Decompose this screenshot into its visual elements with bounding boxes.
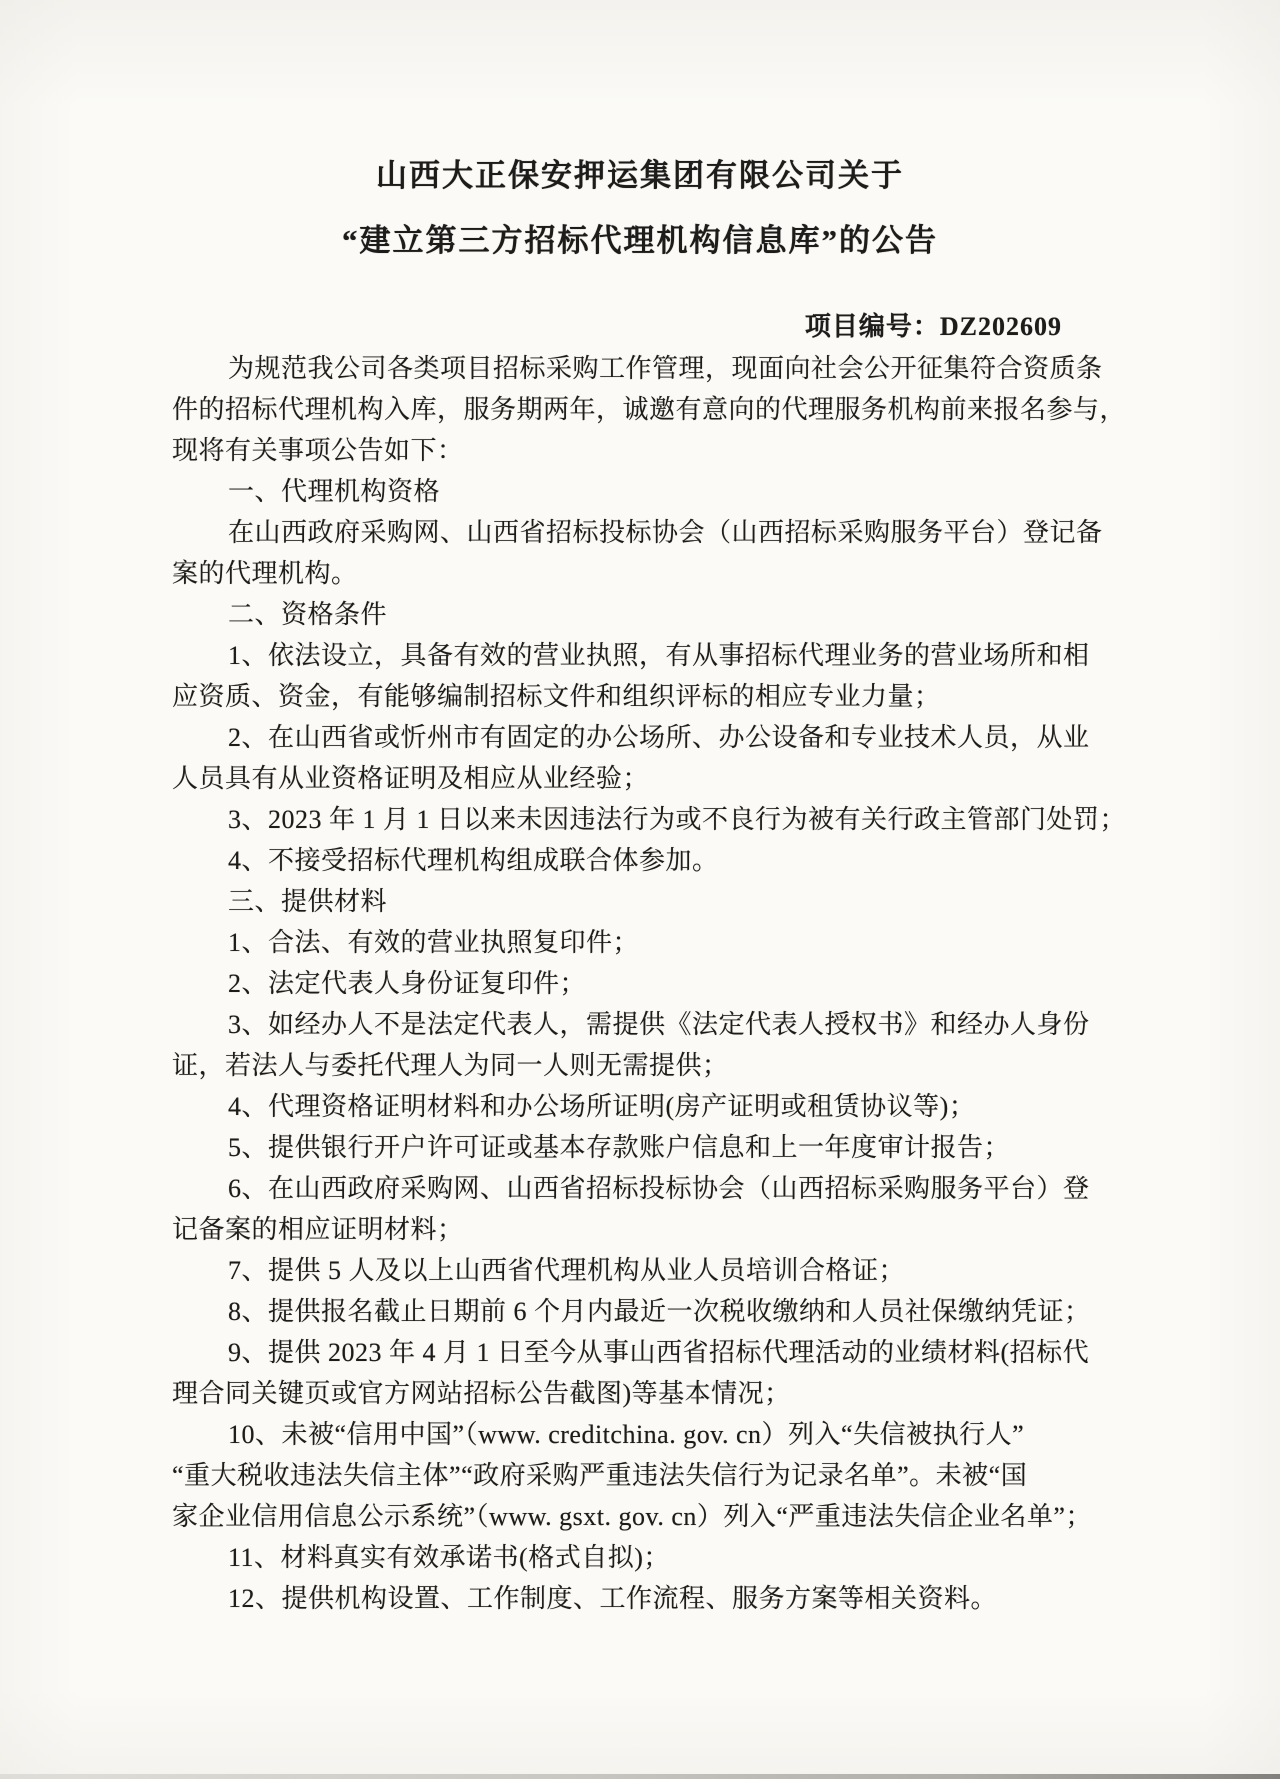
text-line: 9、提供 2023 年 4 月 1 日至今从事山西省招标代理活动的业绩材料(招标… bbox=[172, 1332, 1124, 1373]
text-line: 在山西政府采购网、山西省招标投标协会（山西招标采购服务平台）登记备 bbox=[172, 512, 1124, 553]
text-line: 3、2023 年 1 月 1 日以来未因违法行为或不良行为被有关行政主管部门处罚… bbox=[172, 799, 1124, 840]
section-heading: 二、资格条件 bbox=[172, 594, 1124, 635]
section-heading: 一、代理机构资格 bbox=[172, 471, 1124, 512]
text-line: 2、法定代表人身份证复印件； bbox=[172, 963, 1124, 1004]
document-title-line2: “建立第三方招标代理机构信息库”的公告 bbox=[0, 215, 1280, 260]
project-number: 项目编号：DZ202609 bbox=[805, 306, 1062, 343]
text-line: 8、提供报名截止日期前 6 个月内最近一次税收缴纳和人员社保缴纳凭证； bbox=[172, 1291, 1124, 1332]
text-line: 为规范我公司各类项目招标采购工作管理，现面向社会公开征集符合资质条 bbox=[172, 348, 1124, 389]
text-line: 10、未被“信用中国”（www. creditchina. gov. cn）列入… bbox=[172, 1414, 1124, 1455]
text-line: 4、代理资格证明材料和办公场所证明(房产证明或租赁协议等)； bbox=[172, 1086, 1124, 1127]
text-line: 理合同关键页或官方网站招标公告截图)等基本情况； bbox=[172, 1373, 1124, 1414]
text-line: 5、提供银行开户许可证或基本存款账户信息和上一年度审计报告； bbox=[172, 1127, 1124, 1168]
text-line: 人员具有从业资格证明及相应从业经验； bbox=[172, 758, 1124, 799]
text-line: 4、不接受招标代理机构组成联合体参加。 bbox=[172, 840, 1124, 881]
text-line: 现将有关事项公告如下： bbox=[172, 430, 1124, 471]
text-line: 证，若法人与委托代理人为同一人则无需提供； bbox=[172, 1045, 1124, 1086]
text-line: 件的招标代理机构入库，服务期两年，诚邀有意向的代理服务机构前来报名参与， bbox=[172, 389, 1124, 430]
scan-bottom-edge bbox=[0, 1774, 1280, 1779]
text-line: 3、如经办人不是法定代表人，需提供《法定代表人授权书》和经办人身份 bbox=[172, 1004, 1124, 1045]
document-page: 山西大正保安押运集团有限公司关于 “建立第三方招标代理机构信息库”的公告 项目编… bbox=[0, 0, 1280, 1779]
section-heading: 三、提供材料 bbox=[172, 881, 1124, 922]
text-line: 12、提供机构设置、工作制度、工作流程、服务方案等相关资料。 bbox=[172, 1578, 1124, 1619]
text-line: 家企业信用信息公示系统”（www. gsxt. gov. cn）列入“严重违法失… bbox=[172, 1496, 1124, 1537]
text-line: 案的代理机构。 bbox=[172, 553, 1124, 594]
text-line: 1、合法、有效的营业执照复印件； bbox=[172, 922, 1124, 963]
text-line: 6、在山西政府采购网、山西省招标投标协会（山西招标采购服务平台）登 bbox=[172, 1168, 1124, 1209]
text-line: 7、提供 5 人及以上山西省代理机构从业人员培训合格证； bbox=[172, 1250, 1124, 1291]
text-line: 11、材料真实有效承诺书(格式自拟)； bbox=[172, 1537, 1124, 1578]
text-line: 应资质、资金，有能够编制招标文件和组织评标的相应专业力量； bbox=[172, 676, 1124, 717]
text-line: “重大税收违法失信主体”“政府采购严重违法失信行为记录名单”。未被“国 bbox=[172, 1455, 1124, 1496]
document-title-line1: 山西大正保安押运集团有限公司关于 bbox=[0, 150, 1280, 195]
document-body: 为规范我公司各类项目招标采购工作管理，现面向社会公开征集符合资质条件的招标代理机… bbox=[172, 348, 1124, 1619]
text-line: 2、在山西省或忻州市有固定的办公场所、办公设备和专业技术人员，从业 bbox=[172, 717, 1124, 758]
text-line: 1、依法设立，具备有效的营业执照，有从事招标代理业务的营业场所和相 bbox=[172, 635, 1124, 676]
text-line: 记备案的相应证明材料； bbox=[172, 1209, 1124, 1250]
